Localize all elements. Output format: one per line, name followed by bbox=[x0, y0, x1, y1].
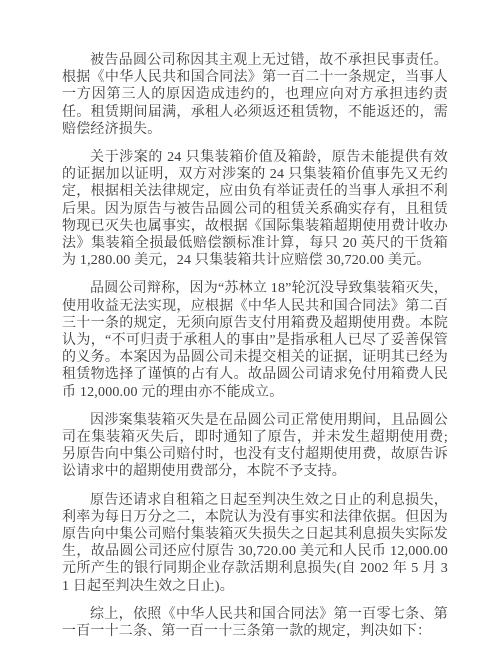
paragraph-interest-loss: 原告还请求自租箱之日起至判决生效之日止的利息损失，利率为每日万分之二，本院认为没… bbox=[62, 492, 448, 595]
paragraph-overdue-fee-not-supported: 因涉案集装箱灭失是在品圆公司正常使用期间，且品圆公司在集装箱灭失后，即时通知了原… bbox=[62, 412, 448, 481]
document-page: 被告品圆公司称因其主观上无过错，故不承担民事责任。根据《中华人民共和国合同法》第… bbox=[0, 0, 500, 647]
judgment-text-body: 被告品圆公司称因其主观上无过错，故不承担民事责任。根据《中华人民共和国合同法》第… bbox=[62, 52, 448, 640]
paragraph-container-value-compensation: 关于涉案的 24 只集装箱价值及箱龄，原告未能提供有效的证据加以证明，双方对涉案… bbox=[62, 149, 448, 269]
paragraph-judgment-intro: 综上，依照《中华人民共和国合同法》第一百零七条、第一百一十二条、第一百一十三条第… bbox=[62, 606, 448, 640]
paragraph-liability-basis: 被告品圆公司称因其主观上无过错，故不承担民事责任。根据《中华人民共和国合同法》第… bbox=[62, 52, 448, 138]
paragraph-defense-rejected: 品圆公司辩称，因为“苏林立 18”轮沉没导致集装箱灭失，使用收益无法实现，应根据… bbox=[62, 280, 448, 400]
